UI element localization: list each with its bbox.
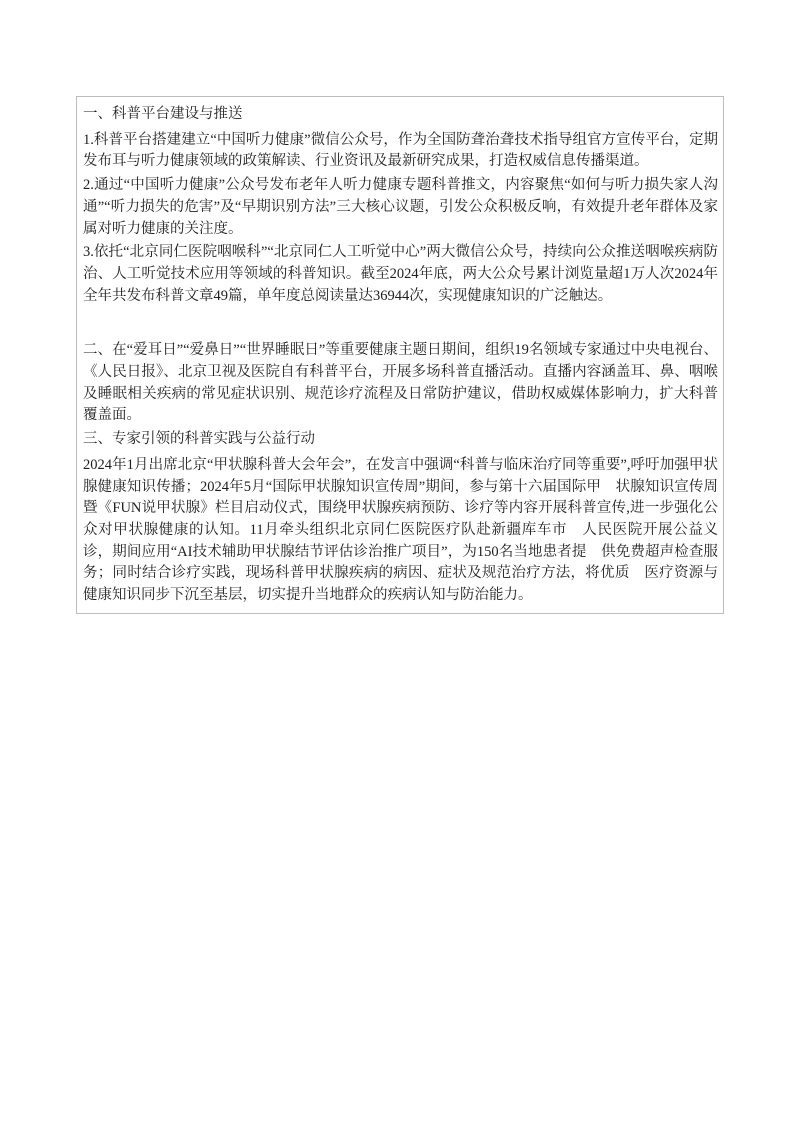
section-1-point-3: 3.依托“北京同仁医院咽喉科”“北京同仁人工听觉中心”两大微信公众号，持续向公众…: [83, 242, 718, 307]
section-3-paragraph: 2024年1月出席北京“甲状腺科普大会年会”，在发言中强调“科普与临床治疗同等重…: [83, 455, 718, 607]
section-1-point-2: 2.通过“中国听力健康”公众号发布老年人听力健康专题科普推文，内容聚焦“如何与听…: [83, 175, 718, 240]
section-2-paragraph: 二、在“爱耳日”“爱鼻日”“世界睡眠日”等重要健康主题日期间，组织19名领域专家…: [83, 340, 718, 427]
section-3-heading: 三、专家引领的科普实践与公益行动: [83, 429, 718, 451]
document-table-cell: 一、科普平台建设与推送 1.科普平台搭建建立“中国听力健康”微信公众号，作为全国…: [76, 96, 724, 614]
section-1-heading: 一、科普平台建设与推送: [83, 104, 718, 126]
section-1-point-1: 1.科普平台搭建建立“中国听力健康”微信公众号，作为全国防聋治聋技术指导组官方宣…: [83, 130, 718, 173]
